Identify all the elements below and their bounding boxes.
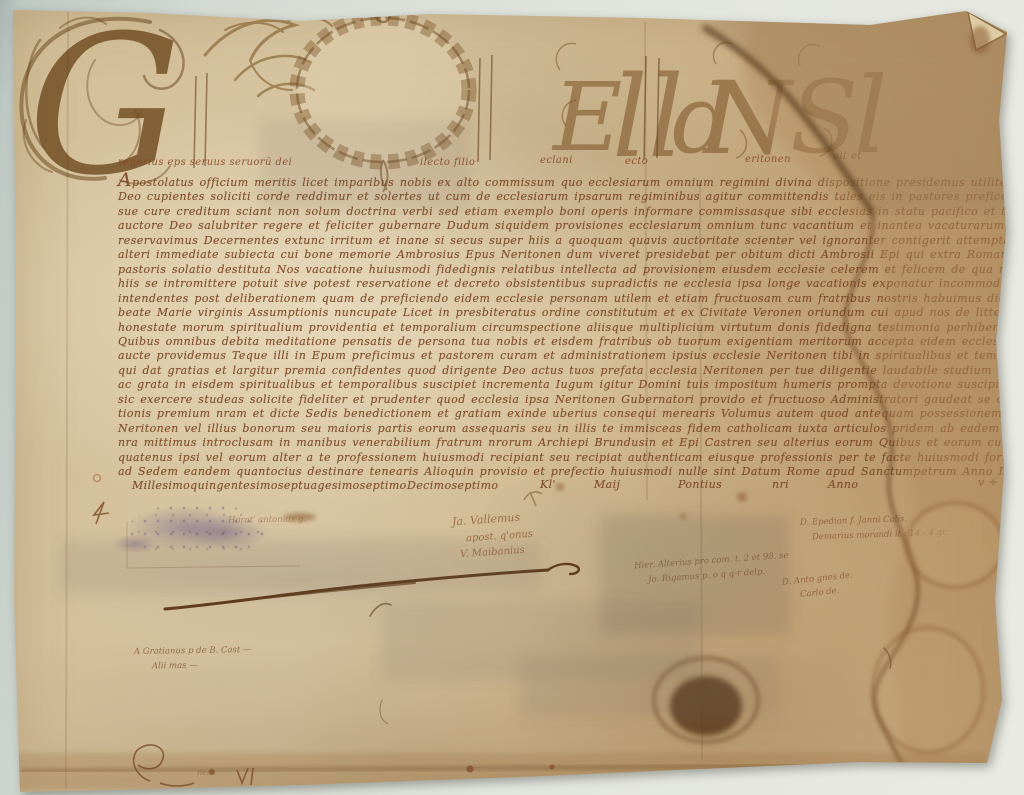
note-line: Demarius morandi it : 14 - 4 gr. [812,528,948,543]
text-line: Deo cupientes soliciti corde reddimur et… [118,190,998,204]
signature-line: apost. q'onus [466,529,534,545]
elongated-letters: E ll d N S l [551,53,888,183]
dating-word: Pontius [678,478,722,491]
note-line: Carlo de. [800,586,840,600]
note-line: Alii mas — [152,661,198,672]
bottom-crease-band [15,753,987,789]
text-line: quatenus ipsi vel eorum alter a te profe… [118,451,998,465]
small-ring-spot [94,475,101,482]
parchment-sheet: G E ll d N S l [0,0,1024,795]
opening-line-fragment: eclani [540,155,573,166]
text-line: ad Sedem eandem quantocius destinare ten… [118,465,998,479]
signature-line: Ja. Vallemus [452,511,521,529]
note-line: Hier. Alterius pro com. t. 2 et 98. se [634,551,789,572]
text-line: reservavimus Decernentes extunc irritum … [118,234,998,248]
crease-g-scribble [134,745,194,786]
text-line: Neritonen vel illius bonorum seu maioris… [118,422,998,436]
text-line: qui dat gratias et largitur premia confi… [118,364,998,378]
opening-line-fragment: eritonen [745,154,791,165]
note-line: D. Epedian f. Janni Calis. [800,514,907,528]
corner-fold-flap [968,12,1006,50]
opening-line-fragment: ecto [625,156,648,167]
dating-word: nri [772,478,789,491]
stain-ring [907,503,1003,587]
text-line: sic exercere studeas solicite fideliter … [118,393,998,407]
text-line: auctore Deo salubriter regere et felicit… [118,219,998,233]
text-line: honestate morum spiritualium providentia… [118,321,998,335]
text-line: ac grata in eisdem spiritualibus et temp… [118,378,998,392]
text-line: pastoris solatio destituta Nos vacatione… [118,263,998,277]
signature-cross-flourish [524,492,542,506]
signature-line: V. Maibanius [460,545,525,560]
text-line: sue cure creditum sciant non solum doctr… [118,205,998,219]
dark-blotch-ring [654,658,758,742]
text-line: Apostolatus officium meritis licet impar… [118,176,998,190]
faded-note-near-blot: Horat' antonius g. [228,514,306,525]
text-line: nra mittimus introclusam in manibus vene… [118,436,998,450]
note-line: D. Anto gnes de. [782,570,854,587]
dating-word: Anno [828,478,858,491]
opening-line-fragment: alt et [833,151,862,162]
text-line: aucte providemus Teque illi in Epum pref… [118,349,998,363]
crease-check-mark [237,768,253,785]
text-line: intendentes post deliberationem quam de … [118,292,998,306]
text-line: hiis se intromittere potuit sive potest … [118,277,998,291]
crease-note: nes [197,768,211,777]
dating-end-mark: v ÷ [978,476,998,489]
foliage-cluster-ornament [205,17,332,96]
opening-line-fragment: ilecto filio [420,157,475,168]
cord-pen-stroke [165,564,891,724]
latin-text-block: Apostolatus officium meritis licet impar… [118,176,998,480]
opening-line-fragment: regorius eps seruus seruorū dei [118,157,292,168]
note-line: A Gratianus p de B. Cast — [134,645,252,657]
crease-spots [209,765,555,776]
pen-ascender-strokes [194,55,659,168]
dark-blotch [670,676,742,736]
ornate-letter-d: d [672,65,733,175]
margin-four-mark [94,502,109,524]
parchment-shadow: G E ll d N S l [0,0,1024,795]
dating-word: Kl' [540,478,556,491]
letter-flourishes [556,43,832,158]
dating-word: Decimoseptimo [407,479,498,492]
bottom-crease-line [20,765,985,771]
note-line: Jo. Rigamus p. o q q-r delp. [648,567,766,585]
dating-word: Maij [594,478,620,491]
text-line: beate Marie virginis Assumptionis nuncup… [118,306,998,320]
text-line: tionis premium nram et dicte Sedis bened… [118,407,998,421]
dating-year-word: Millesimoquingentesimoseptuagesimoseptim… [132,479,407,492]
text-line: alteri immediate subiecta cui bone memor… [118,248,998,262]
scanned-parchment-page: { "colors":{"background":"#e2e5de","parc… [0,0,1024,795]
text-line: Quibus omnibus debita meditatione pensat… [118,335,998,349]
stain-ring [873,628,983,752]
purple-ink-blot-satellite [112,534,158,554]
